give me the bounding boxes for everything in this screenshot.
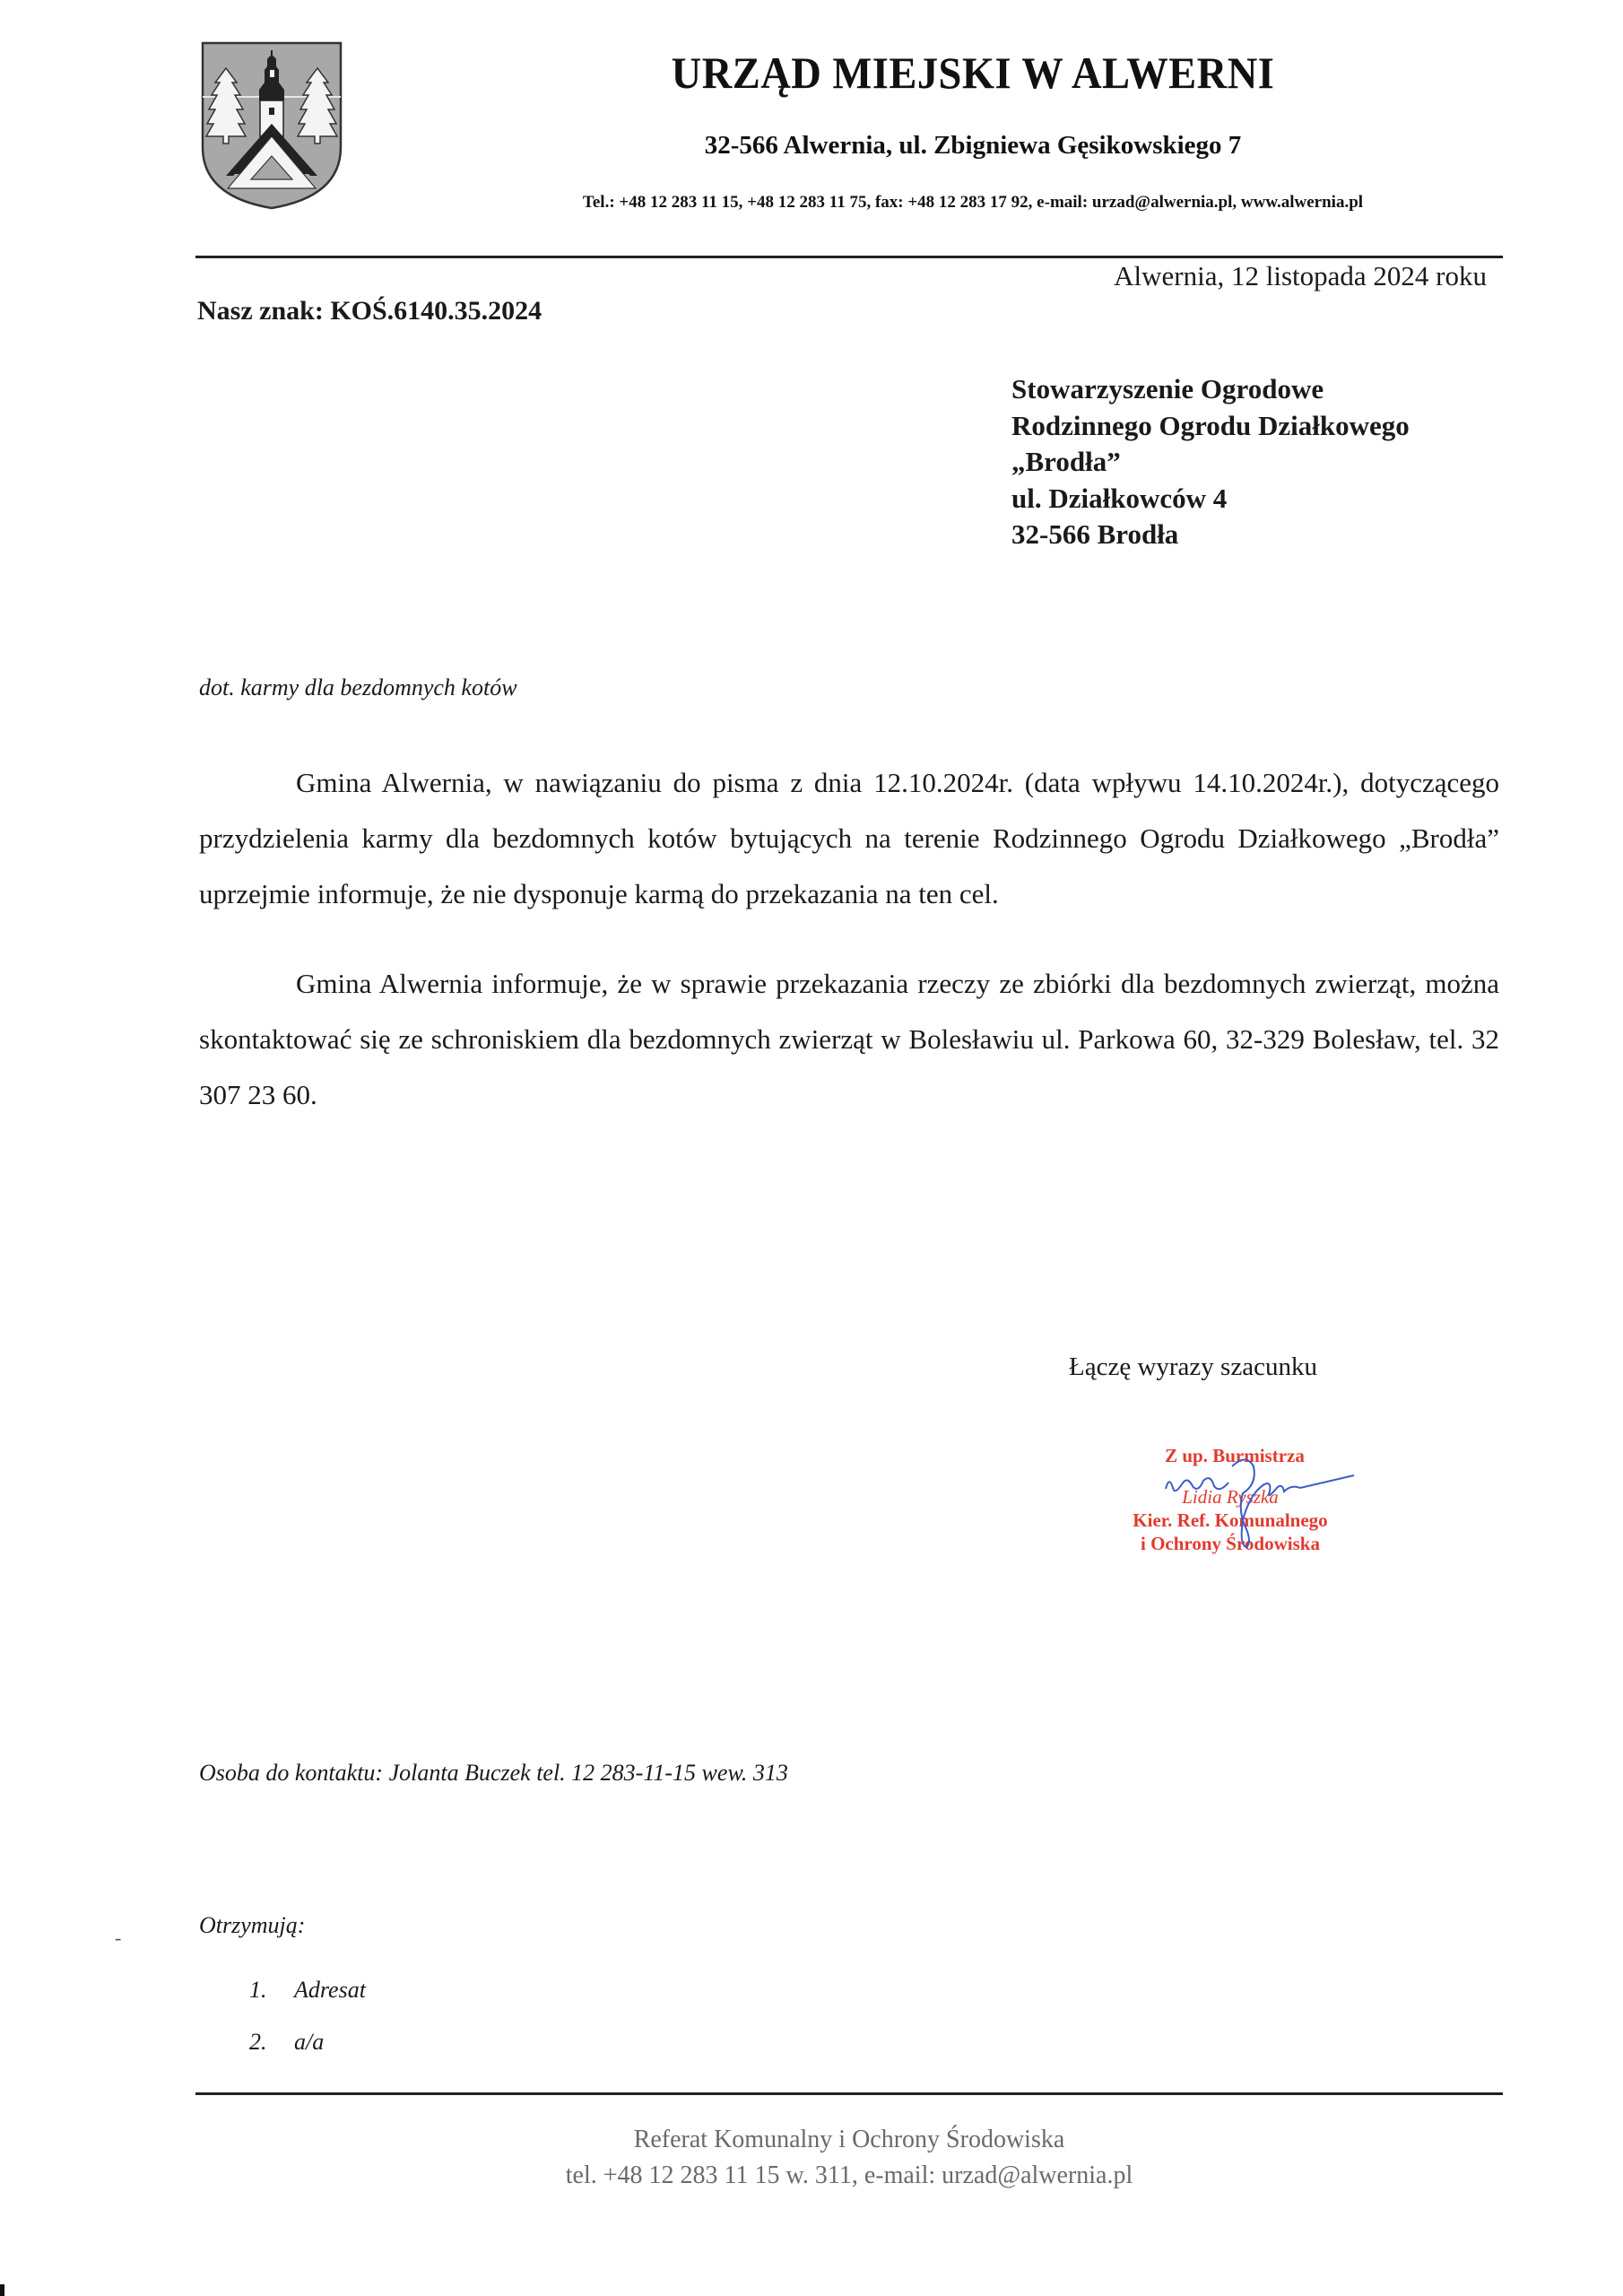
footer-divider: [195, 2092, 1503, 2095]
recipients-list: 1.Adresat 2.a/a: [249, 1964, 366, 2068]
recipient-line: „Brodła”: [1011, 444, 1410, 481]
recipient-item: 2.a/a: [249, 2016, 366, 2068]
office-title: URZĄD MIEJSKI W ALWERNI: [369, 47, 1578, 99]
scan-edge-mark: [0, 2284, 4, 2296]
recipients-label: Otrzymują:: [199, 1912, 305, 1939]
body-paragraph-2: Gmina Alwernia informuje, że w sprawie p…: [199, 956, 1499, 1123]
contact-person: Osoba do kontaktu: Jolanta Buczek tel. 1…: [199, 1760, 788, 1787]
recipient-line: Stowarzyszenie Ogrodowe: [1011, 371, 1410, 408]
office-contact-line: Tel.: +48 12 283 11 15, +48 12 283 11 75…: [269, 193, 1614, 213]
recipient-line: ul. Działkowców 4: [1011, 481, 1410, 517]
handwritten-signature-icon: [1157, 1448, 1363, 1556]
recipient-line: 32-566 Brodła: [1011, 517, 1410, 553]
office-address: 32-566 Alwernia, ul. Zbigniewa Gęsikowsk…: [323, 131, 1623, 161]
coat-of-arms-icon: [199, 39, 344, 210]
closing-salutation: Łączę wyrazy szacunku: [1069, 1352, 1317, 1382]
recipient-address: Stowarzyszenie Ogrodowe Rodzinnego Ogrod…: [1011, 371, 1410, 553]
paragraph-text: Gmina Alwernia, w nawiązaniu do pisma z …: [199, 755, 1499, 922]
letter-date: Alwernia, 12 listopada 2024 roku: [1114, 260, 1487, 292]
paragraph-text: Gmina Alwernia informuje, że w sprawie p…: [199, 956, 1499, 1123]
margin-mark: -: [115, 1926, 121, 1950]
recipient-line: Rodzinnego Ogrodu Działkowego: [1011, 408, 1410, 445]
letter-subject: dot. karmy dla bezdomnych kotów: [199, 674, 517, 701]
reference-number: Nasz znak: KOŚ.6140.35.2024: [197, 296, 542, 326]
footer-contact: tel. +48 12 283 11 15 w. 311, e-mail: ur…: [195, 2158, 1503, 2194]
recipient-item: 1.Adresat: [249, 1964, 366, 2016]
body-paragraph-1: Gmina Alwernia, w nawiązaniu do pisma z …: [199, 755, 1499, 922]
header-divider: [195, 256, 1503, 258]
footer-department: Referat Komunalny i Ochrony Środowiska: [195, 2122, 1503, 2158]
